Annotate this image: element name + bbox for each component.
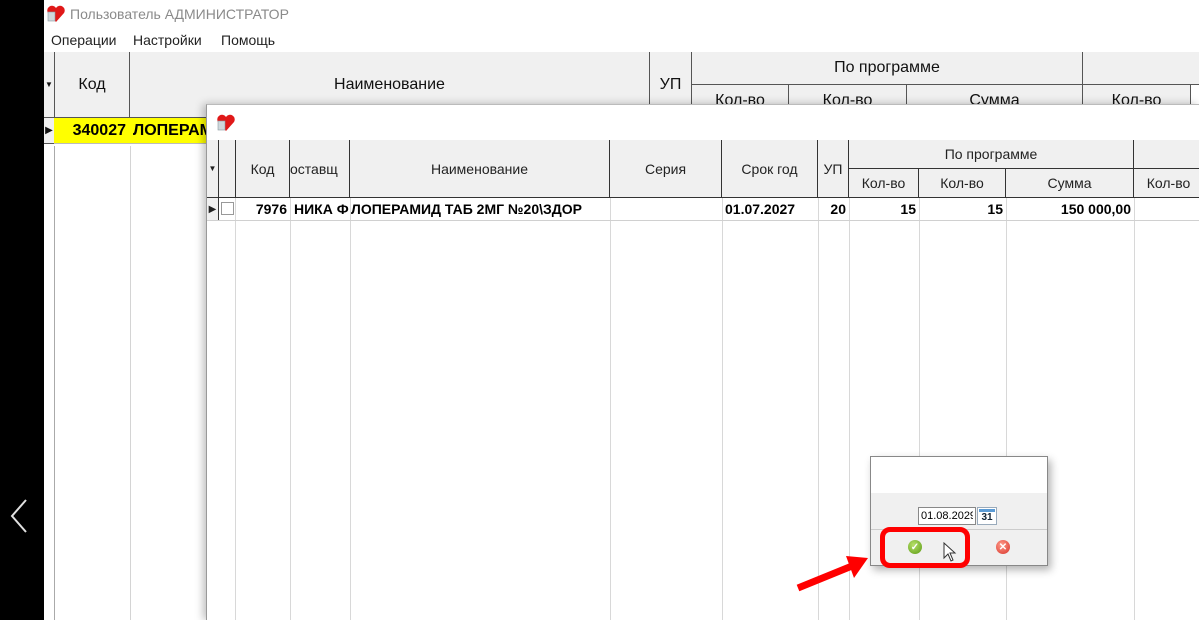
column-divider xyxy=(130,146,131,620)
cell-code[interactable]: 7976 xyxy=(236,198,290,220)
column-divider xyxy=(54,146,55,620)
menu-settings[interactable]: Настройки xyxy=(133,32,202,48)
column-divider xyxy=(1134,198,1135,620)
header-qty-3[interactable]: Кол-во xyxy=(1134,169,1199,198)
menu-help[interactable]: Помощь xyxy=(221,32,275,48)
header-supplier[interactable]: оставщ xyxy=(290,140,350,198)
header-program-group: По программе xyxy=(692,52,1083,85)
column-divider xyxy=(350,198,351,620)
grid-menu-dropdown[interactable]: ▼ xyxy=(44,52,55,118)
header-qty-1[interactable]: Кол-во xyxy=(849,169,919,198)
back-chevron-icon[interactable] xyxy=(8,494,32,538)
mouse-cursor-icon xyxy=(943,542,957,562)
cell-sum[interactable]: 150 000,00 xyxy=(1006,198,1134,220)
heart-document-icon xyxy=(46,5,66,23)
column-divider xyxy=(610,198,611,620)
header-program-group: По программе xyxy=(849,140,1134,169)
cell-name[interactable]: ЛОПЕРАМИД ТАБ 2МГ №20\ЗДОР xyxy=(350,198,610,220)
row-checkbox[interactable] xyxy=(221,202,234,215)
header-name[interactable]: Наименование xyxy=(350,140,610,198)
column-divider xyxy=(290,198,291,620)
cell-qty-1[interactable]: 15 xyxy=(849,198,919,220)
header-qty-2[interactable]: Кол-во xyxy=(919,169,1006,198)
cell-supplier[interactable]: НИКА Ф xyxy=(291,198,350,220)
cell-series[interactable] xyxy=(610,198,722,220)
left-black-strip xyxy=(0,0,44,620)
row-indicator-icon: ▶ xyxy=(207,198,219,221)
cell-expiry[interactable]: 01.07.2027 xyxy=(722,198,818,220)
header-sum[interactable]: Сумма xyxy=(1006,169,1134,198)
cell-up[interactable]: 20 xyxy=(818,198,849,220)
column-divider xyxy=(722,198,723,620)
calendar-button[interactable]: 31 xyxy=(977,507,997,525)
popup-header-area xyxy=(871,457,1047,493)
cell-code: 340027 xyxy=(54,118,129,144)
window-title: Пользователь АДМИНИСТРАТОР xyxy=(70,6,289,22)
cancel-button[interactable]: ✕ xyxy=(963,532,1043,562)
select-item-dialog: ▼ Код оставщ Наименование Серия Срок год… xyxy=(206,104,1199,620)
dialog-grid: ▼ Код оставщ Наименование Серия Срок год… xyxy=(207,140,1199,620)
column-divider xyxy=(235,198,236,620)
cell-qty-2[interactable]: 15 xyxy=(919,198,1006,220)
menu-operations[interactable]: Операции xyxy=(51,32,117,48)
header-checkbox xyxy=(219,140,236,198)
menu-bar: Операции Настройки Помощь xyxy=(44,28,1199,52)
header-up[interactable]: УП xyxy=(818,140,849,198)
header-code[interactable]: Код xyxy=(55,52,130,118)
header-expiry[interactable]: Срок год xyxy=(722,140,818,198)
x-circle-icon: ✕ xyxy=(996,540,1010,554)
calendar-icon: 31 xyxy=(981,512,992,523)
header-series[interactable]: Серия xyxy=(610,140,722,198)
header-group-2 xyxy=(1134,140,1199,169)
dialog-grid-menu-dropdown[interactable]: ▼ xyxy=(207,140,219,198)
heart-document-icon xyxy=(216,114,236,132)
date-input[interactable] xyxy=(918,507,976,525)
header-code[interactable]: Код xyxy=(236,140,290,198)
title-bar: Пользователь АДМИНИСТРАТОР xyxy=(44,0,1199,28)
row-separator xyxy=(207,220,1199,221)
header-group-2 xyxy=(1083,52,1199,85)
annotation-arrow-icon xyxy=(790,550,880,595)
cell-qty-3[interactable] xyxy=(1134,198,1199,220)
